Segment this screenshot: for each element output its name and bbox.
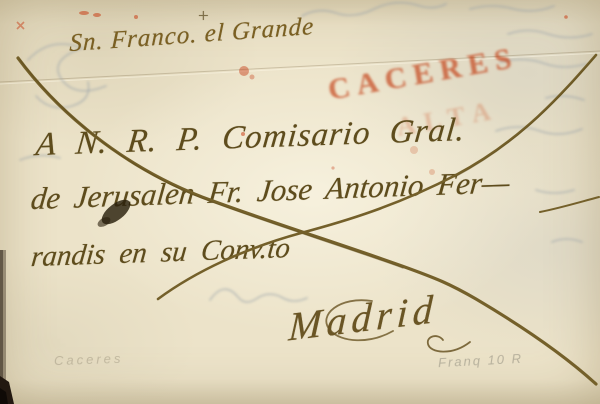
address-line-3: randis en su Conv.to xyxy=(30,232,292,274)
pencil-note-left: Caceres xyxy=(54,351,124,368)
pencil-note-right: Franq 10 R xyxy=(438,351,524,370)
ink-blot-splash xyxy=(96,215,112,229)
top-annotation: Sn. Franco. el Grande xyxy=(69,13,315,58)
address-line-2: de Jerusalen Fr. Jose Antonio Fer— xyxy=(29,164,511,217)
letter-cover-scan: CACERES ALTA + Sn. Franco. el Grande A N… xyxy=(0,0,600,404)
destination-madrid: Madrid xyxy=(288,285,439,351)
address-line-1: A N. R. P. Comisario Gral. xyxy=(34,112,467,164)
paper-edge-shadow xyxy=(0,250,14,404)
